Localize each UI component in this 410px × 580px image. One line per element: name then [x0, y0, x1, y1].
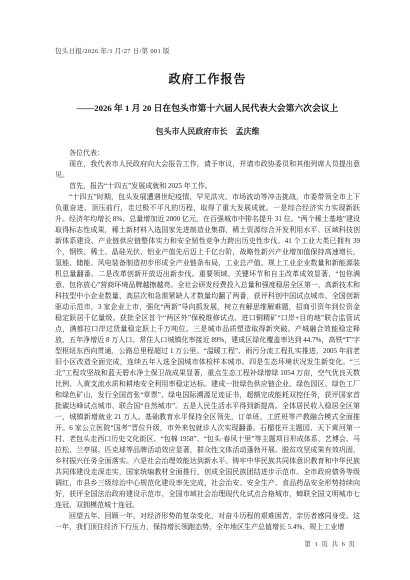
document-page: 包头日报/2026 年/1 月/27 日/第 001 版 政府工作报告 ——20… — [0, 0, 410, 580]
report-title: 政府工作报告 — [55, 70, 360, 87]
page-number: 第 1 页 共 6 页 — [55, 539, 360, 548]
body-paragraph-1: 现在，我代表市人民政府向大会报告工作，请予审议，并请市政协委员和其他列席人员提出… — [55, 159, 360, 181]
body-paragraph-3: “十四五”时期，包头发展遭遇世纪疫情、罕见洪灾、市场波动等冲击挑战，市委带领全市… — [55, 192, 360, 511]
body-paragraph-4: 回望五年、回顾一年，对经济形势的复杂变化，对奋斗历程的艰难困苦，亲历者感同身受。… — [55, 511, 360, 533]
report-byline: 包头市人民政府市长 孟庆维 — [55, 126, 360, 137]
report-body: 各位代表： 现在，我代表市人民政府向大会报告工作，请予审议，并请市政协委员和其他… — [55, 148, 360, 533]
newspaper-source-line: 包头日报/2026 年/1 月/27 日/第 001 版 — [55, 46, 360, 55]
report-subtitle: ——2026 年 1 月 20 日在包头市第十六届人民代表大会第六次会议上 — [55, 101, 360, 114]
body-paragraph-2: 首先，报告“十四五”发展成就和 2025 年工作。 — [55, 181, 360, 192]
salutation-paragraph: 各位代表： — [55, 148, 360, 159]
